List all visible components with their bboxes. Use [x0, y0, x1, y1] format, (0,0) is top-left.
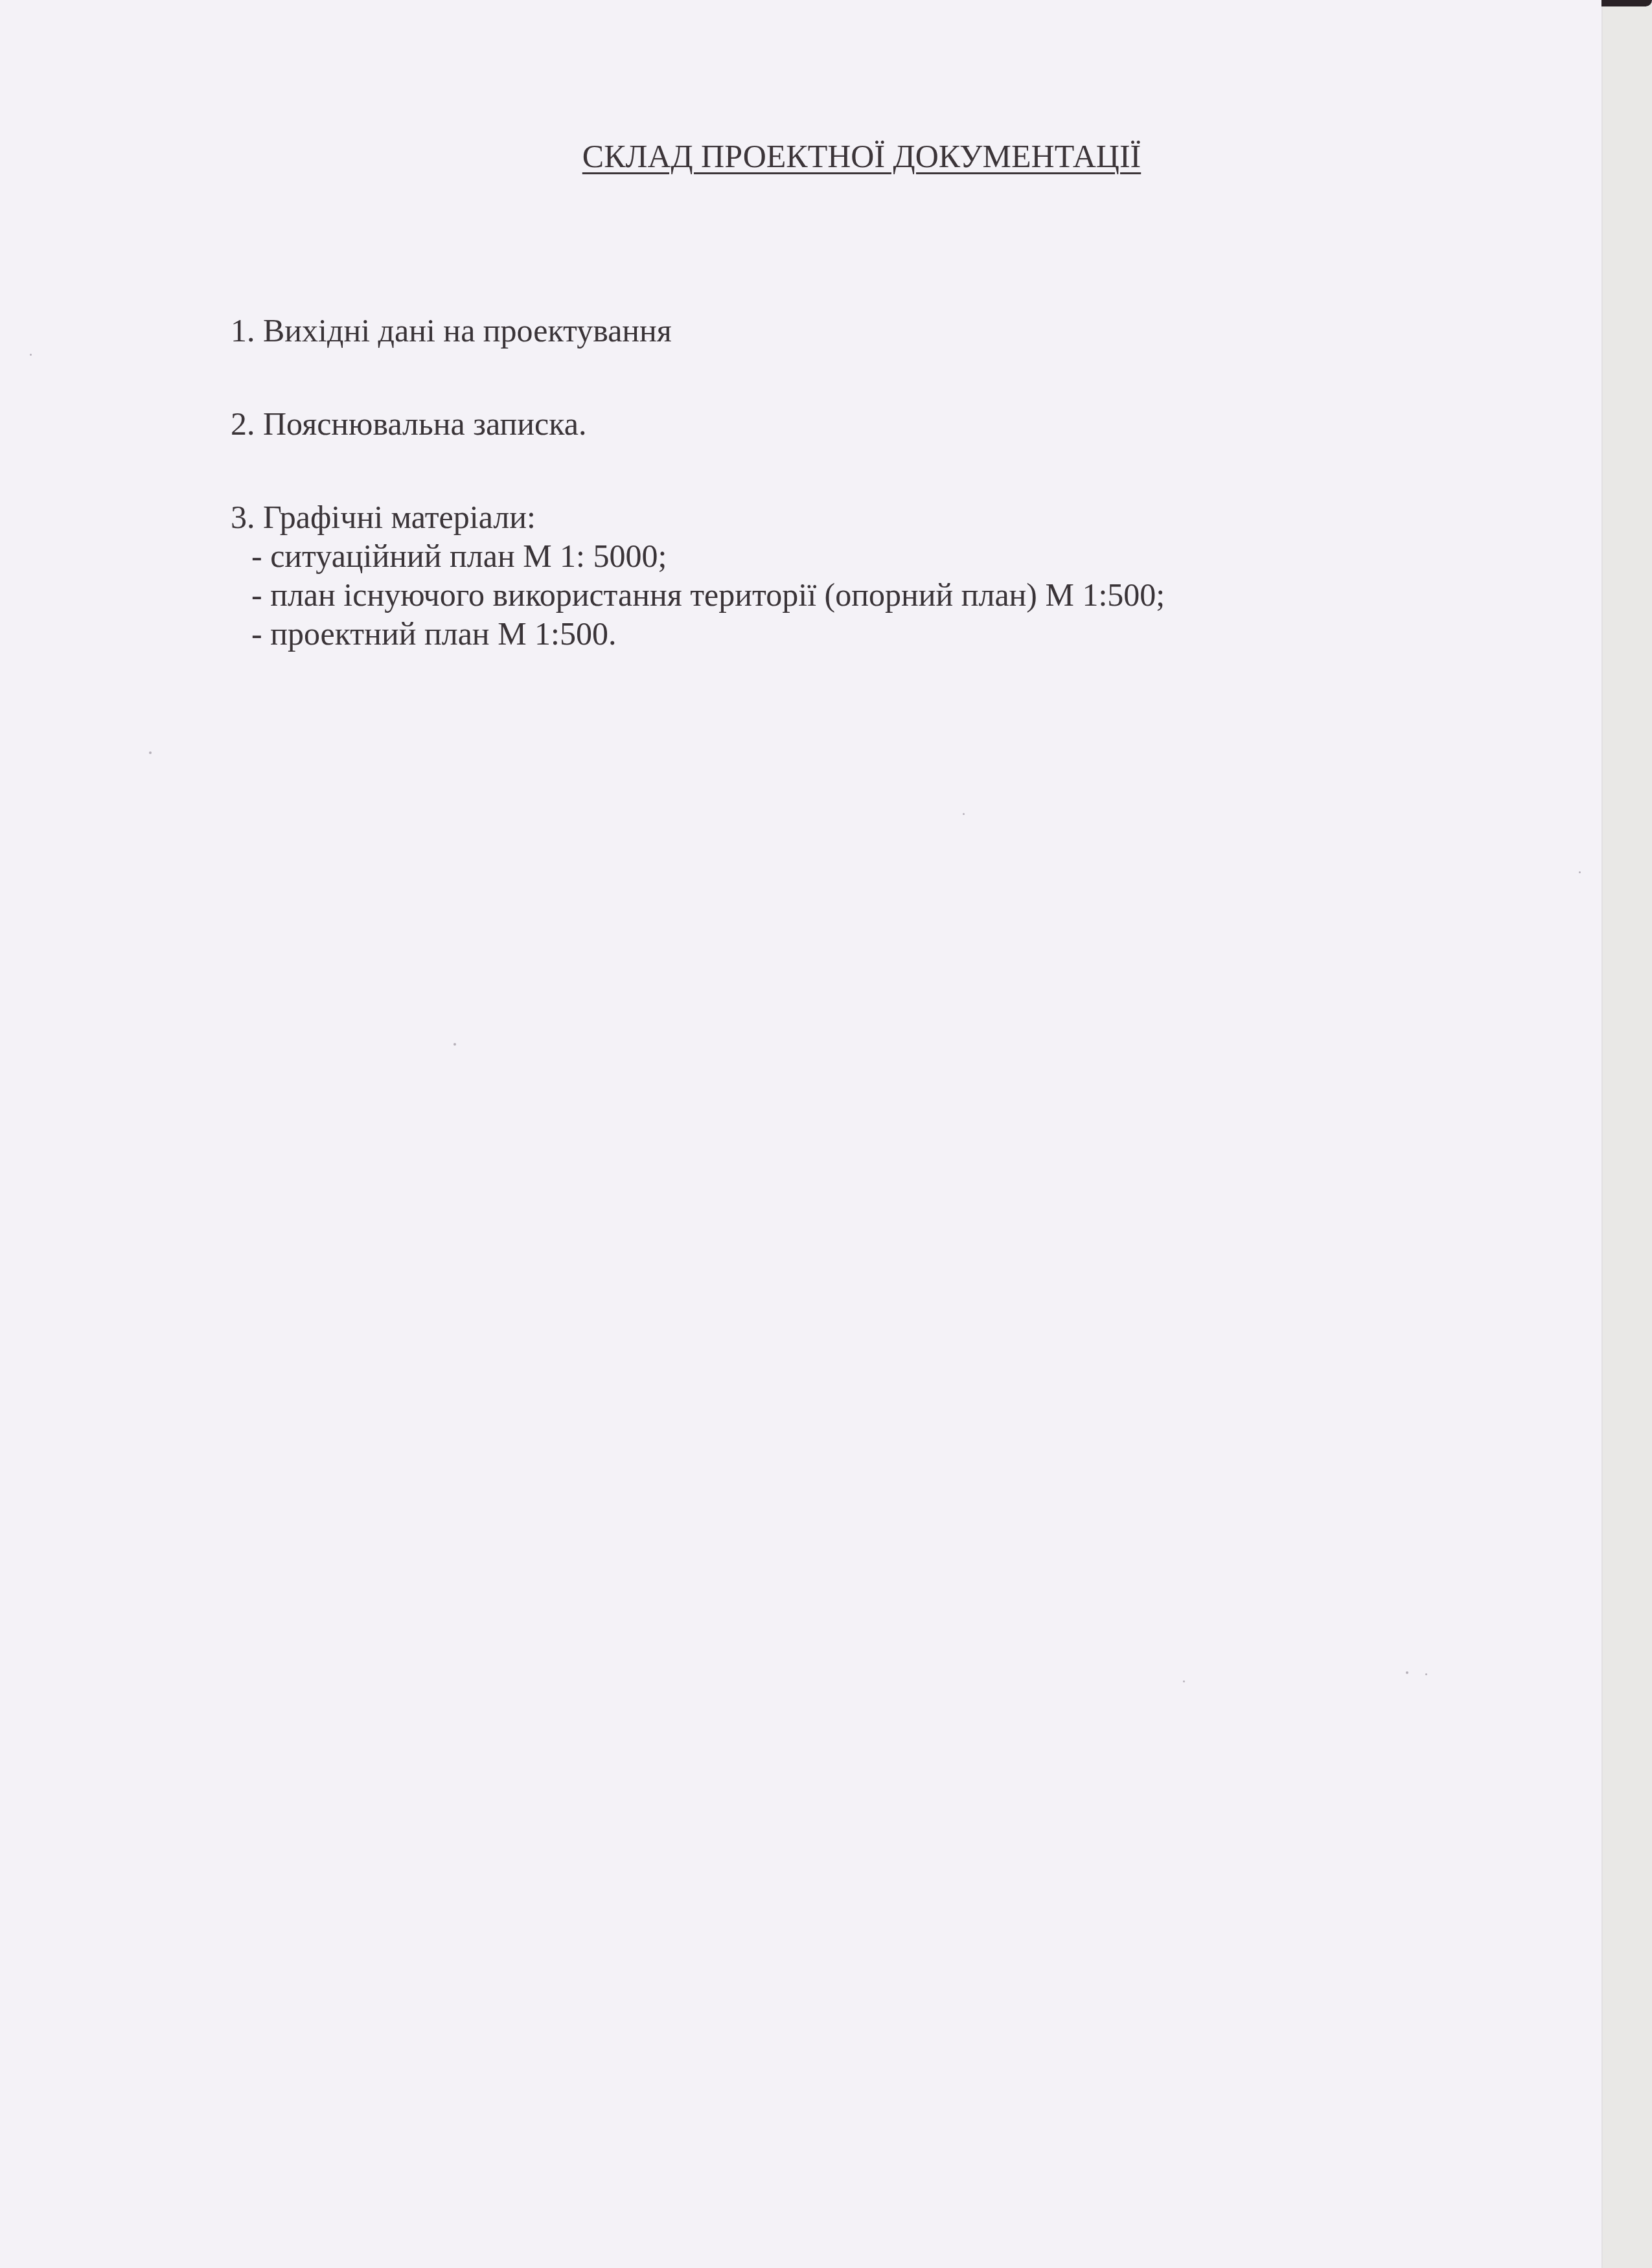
list-item-explanatory-note: 2. Пояснювальна записка.: [231, 404, 1165, 443]
scan-speck: [149, 751, 152, 754]
list-item-source-data: 1. Вихідні дані на проектування: [231, 311, 1165, 350]
scan-speck: [1183, 1680, 1185, 1682]
scanner-lid-corner: [1601, 0, 1652, 6]
scan-speck: [1425, 1673, 1427, 1675]
scan-speck: [453, 1043, 456, 1046]
scan-speck: [30, 354, 32, 356]
scan-speck: [1406, 1671, 1408, 1674]
document-title-text: СКЛАД ПРОЕКТНОЇ ДОКУМЕНТАЦІЇ: [582, 138, 1141, 174]
scanned-page: СКЛАД ПРОЕКТНОЇ ДОКУМЕНТАЦІЇ 1. Вихідні …: [0, 0, 1601, 2268]
sublist-item-situational-plan: - ситуаційний план М 1: 5000;: [231, 536, 1165, 575]
document-contents-list: 1. Вихідні дані на проектування 2. Поясн…: [231, 311, 1165, 653]
sublist-item-project-plan: - проектний план М 1:500.: [231, 614, 1165, 653]
scan-speck: [963, 813, 965, 815]
sublist-item-existing-use-plan: - план існуючого використання території …: [231, 575, 1165, 614]
document-title: СКЛАД ПРОЕКТНОЇ ДОКУМЕНТАЦІЇ: [0, 137, 1652, 175]
list-item-graphic-materials: 3. Графічні матеріали:: [231, 498, 1165, 536]
scan-speck: [1579, 871, 1581, 873]
scanner-bed-edge: [1601, 0, 1652, 2268]
